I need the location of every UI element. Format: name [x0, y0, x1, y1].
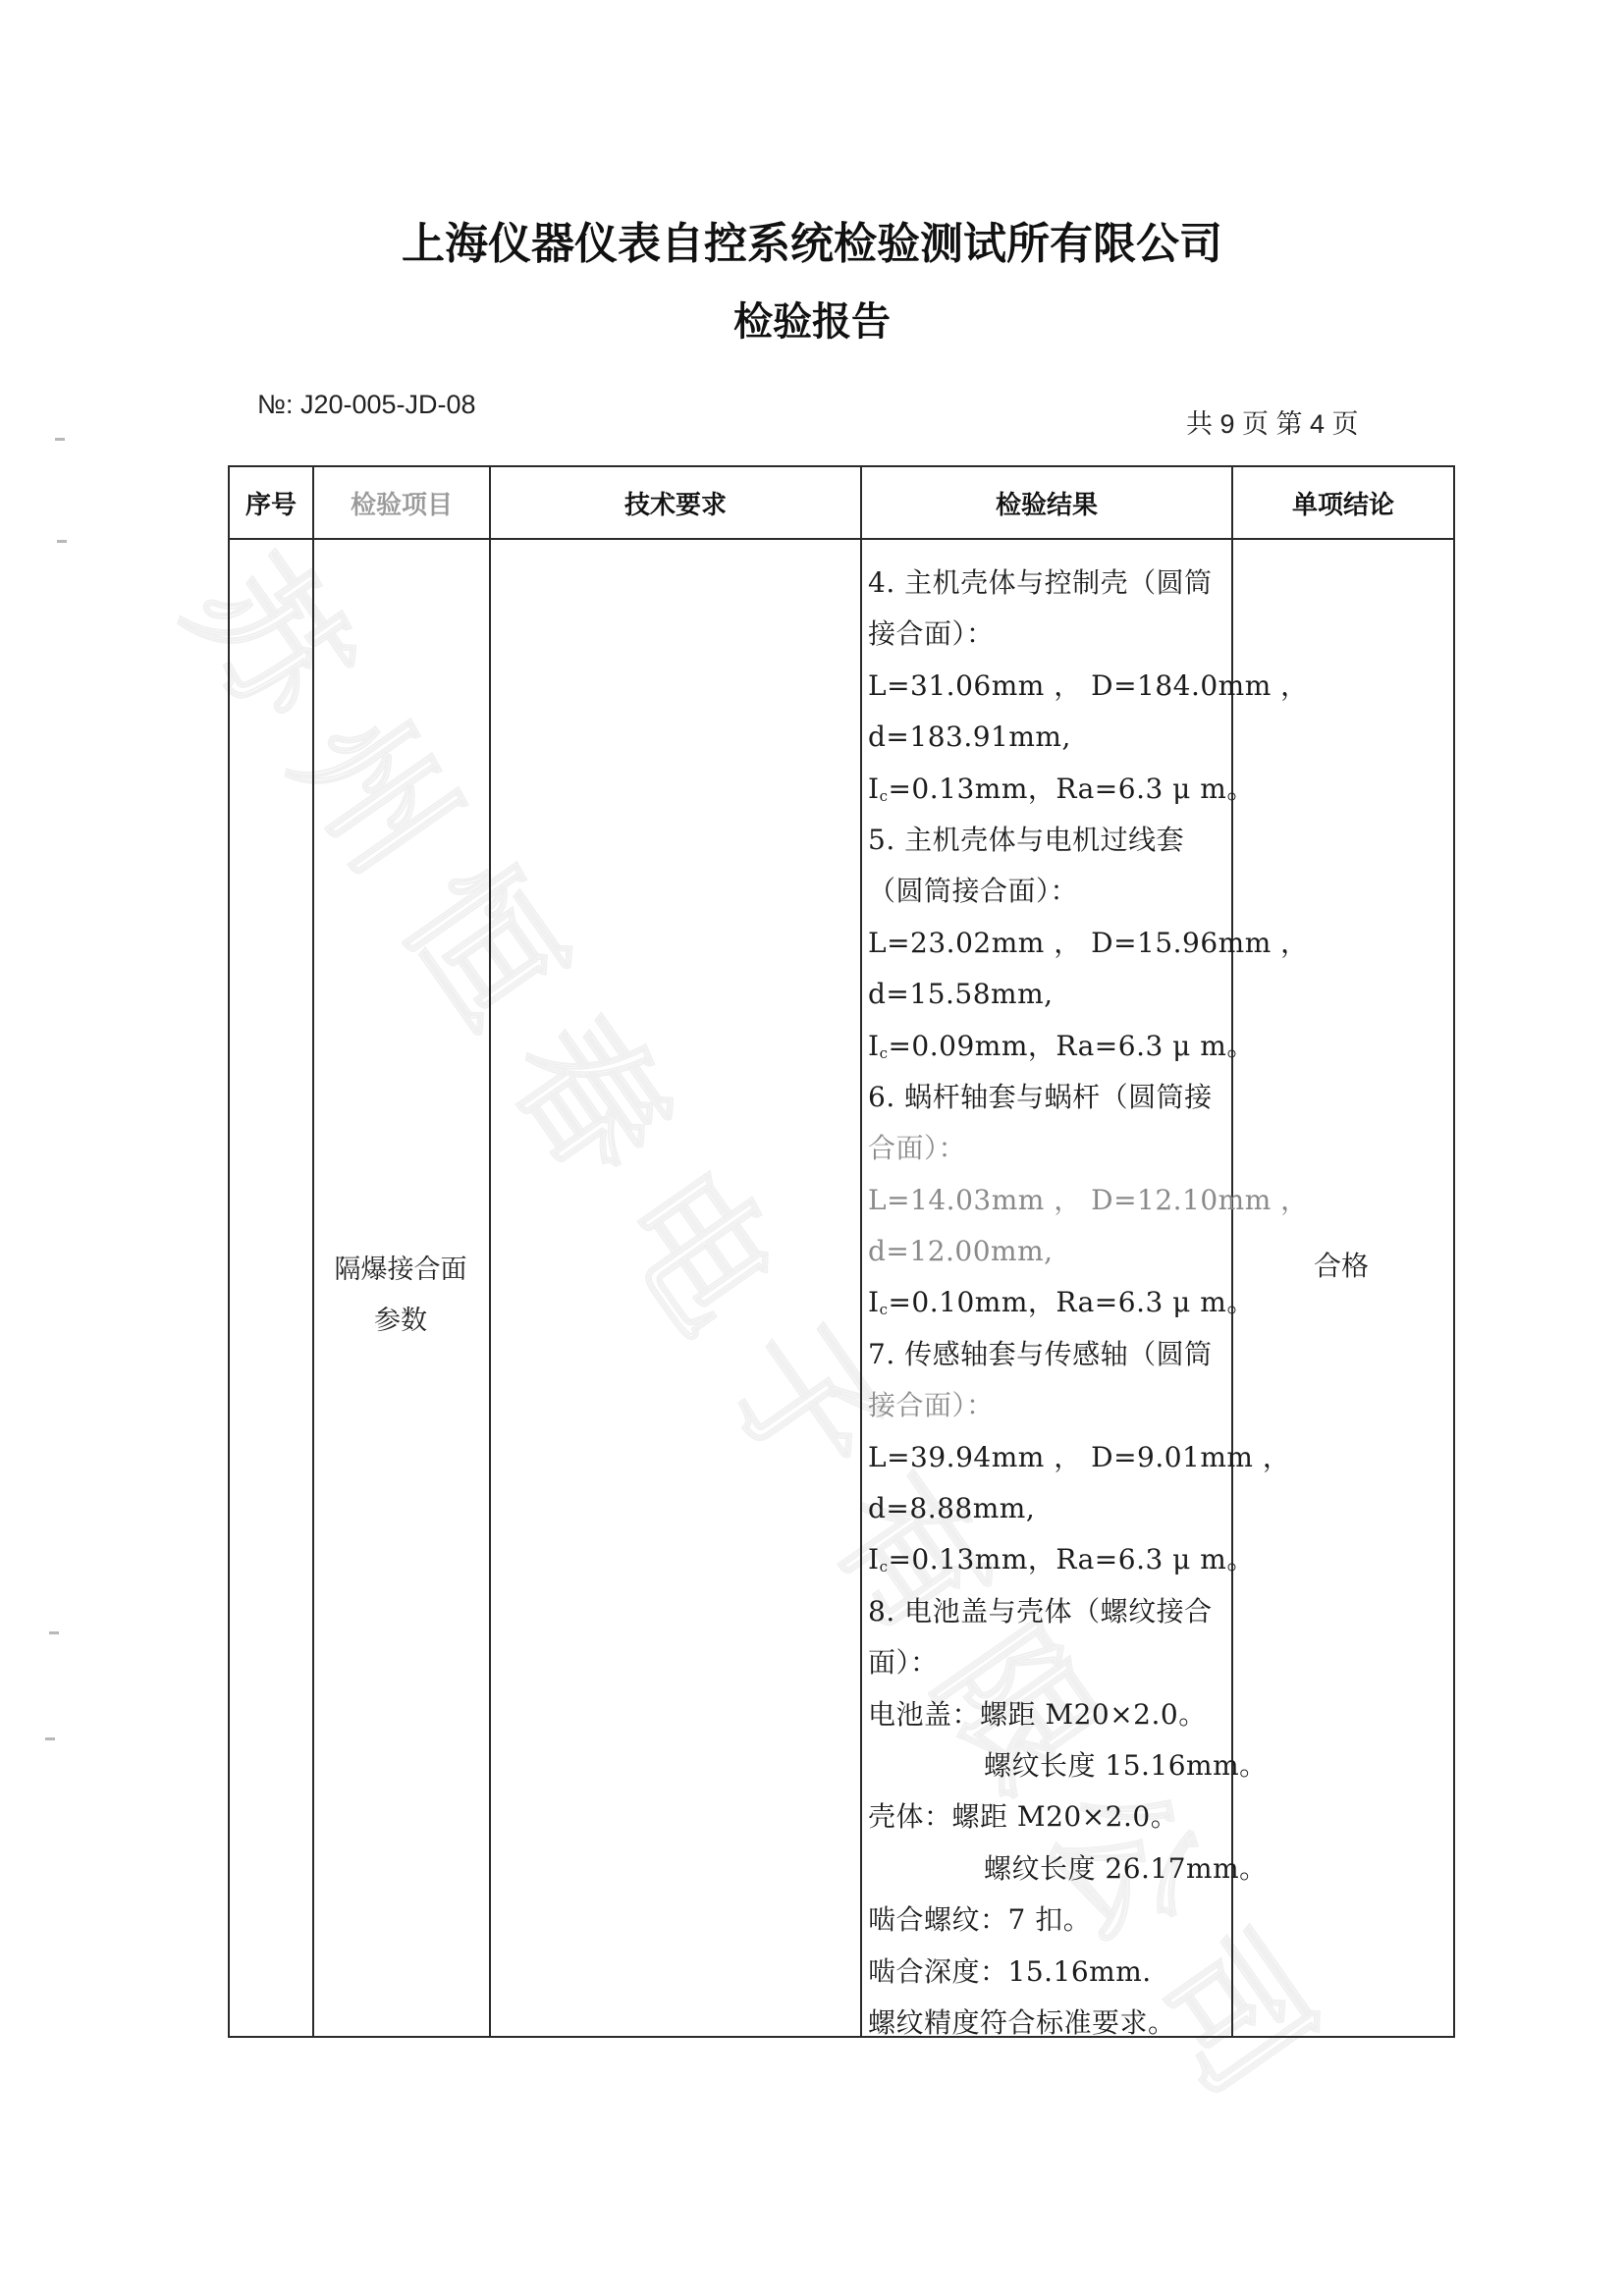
result-line: 螺纹长度 26.17mm。 [868, 1843, 1233, 1895]
result-text: （圆筒接合面）： [868, 875, 1078, 907]
result-line: 合面）： [868, 1123, 1233, 1174]
result-text: 6. 蜗杆轴套与蜗杆（圆筒接 [868, 1081, 1213, 1113]
result-line: d=8.88mm, [868, 1483, 1233, 1534]
result-text: L=31.06mm ， D=184.0mm ， [868, 669, 1309, 702]
col-border [228, 465, 230, 2038]
result-line: 接合面）： [868, 1380, 1233, 1431]
result-text: 螺纹长度 15.16mm。 [984, 1749, 1268, 1782]
result-line: 接合面）： [868, 609, 1233, 660]
result-line: Ic=0.09mm，Ra=6.3 μ m。 [868, 1021, 1233, 1072]
symbol-prefix: I [868, 773, 880, 805]
page-indicator: 共 9 页 第 4 页 [1186, 402, 1359, 441]
col-header-item: 检验项目 [314, 469, 489, 536]
result-line: 7. 传感轴套与传感轴（圆筒 [868, 1329, 1233, 1380]
result-text: d=12.00mm, [868, 1235, 1054, 1267]
result-line: 啮合深度：15.16mm. [868, 1947, 1233, 1998]
result-text: d=183.91mm, [868, 721, 1071, 753]
result-line: 啮合螺纹：7 扣。 [868, 1895, 1233, 1946]
inspection-item: 隔爆接合面 参数 [312, 1245, 489, 1347]
result-text: 接合面）： [868, 1389, 995, 1421]
symbol-prefix: I [868, 1030, 880, 1062]
result-text: 螺纹长度 26.17mm。 [984, 1852, 1268, 1885]
result-text: 螺纹精度符合标准要求。 [868, 2006, 1176, 2039]
col-header-result: 检验结果 [862, 469, 1231, 536]
result-line: L=39.94mm ， D=9.01mm ， [868, 1432, 1233, 1483]
result-text: =0.09mm，Ra=6.3 μ m。 [888, 1030, 1254, 1062]
header-bottom-border [228, 538, 1455, 540]
result-text: L=23.02mm ， D=15.96mm ， [868, 927, 1309, 959]
result-line: L=14.03mm ， D=12.10mm ， [868, 1175, 1233, 1226]
result-line: 5. 主机壳体与电机过线套 [868, 815, 1233, 866]
result-line: 4. 主机壳体与控制壳（圆筒 [868, 558, 1233, 609]
result-text: =0.13mm，Ra=6.3 μ m。 [888, 1543, 1254, 1575]
symbol-prefix: I [868, 1543, 880, 1575]
result-text: L=39.94mm ， D=9.01mm ， [868, 1441, 1290, 1473]
result-line: d=15.58mm, [868, 969, 1233, 1020]
result-line: Ic=0.13mm，Ra=6.3 μ m。 [868, 764, 1233, 815]
result-line: d=183.91mm, [868, 712, 1233, 763]
result-text: 合面）： [868, 1132, 966, 1164]
inspection-item-line: 隔爆接合面 [312, 1245, 489, 1296]
col-border [860, 465, 862, 2038]
result-text: d=15.58mm, [868, 978, 1054, 1010]
scan-mark [57, 540, 67, 543]
item-conclusion: 合格 [1229, 1245, 1453, 1284]
result-text: d=8.88mm, [868, 1492, 1035, 1524]
table-top-border [228, 465, 1455, 467]
col-border [1453, 465, 1455, 2038]
col-header-index: 序号 [230, 469, 312, 536]
result-text: L=14.03mm ， D=12.10mm ， [868, 1184, 1309, 1216]
result-line: L=23.02mm ， D=15.96mm ， [868, 918, 1233, 969]
col-border [489, 465, 491, 2038]
scan-mark [49, 1631, 59, 1634]
result-line: （圆筒接合面）： [868, 866, 1233, 917]
result-text: 8. 电池盖与壳体（螺纹接合 [868, 1595, 1213, 1628]
result-text: 5. 主机壳体与电机过线套 [868, 824, 1184, 856]
result-line: 电池盖：螺距 M20×2.0。 [868, 1689, 1233, 1740]
result-text: 7. 传感轴套与传感轴（圆筒 [868, 1338, 1213, 1370]
result-text: 啮合深度：15.16mm. [868, 1955, 1152, 1988]
result-line: 螺纹精度符合标准要求。 [868, 1998, 1233, 2049]
result-text: 电池盖：螺距 M20×2.0。 [868, 1698, 1207, 1731]
scan-mark [45, 1737, 55, 1740]
result-line: 面）： [868, 1637, 1233, 1688]
result-line: Ic=0.10mm，Ra=6.3 μ m。 [868, 1277, 1233, 1328]
result-line: L=31.06mm ， D=184.0mm ， [868, 661, 1233, 712]
inspection-results: 4. 主机壳体与控制壳（圆筒接合面）：L=31.06mm ， D=184.0mm… [868, 558, 1233, 2049]
result-line: 壳体：螺距 M20×2.0。 [868, 1791, 1233, 1842]
symbol-prefix: I [868, 1286, 880, 1318]
report-title: 检验报告 [0, 291, 1624, 347]
result-text: =0.10mm，Ra=6.3 μ m。 [888, 1286, 1254, 1318]
inspection-item-line: 参数 [312, 1296, 489, 1347]
result-text: 壳体：螺距 M20×2.0。 [868, 1800, 1178, 1833]
result-text: 啮合螺纹：7 扣。 [868, 1903, 1091, 1936]
table-bottom-border [228, 2036, 1455, 2038]
result-line: Ic=0.13mm，Ra=6.3 μ m。 [868, 1534, 1233, 1585]
scan-mark [55, 438, 65, 441]
result-text: 接合面）： [868, 617, 995, 650]
result-line: d=12.00mm, [868, 1226, 1233, 1277]
result-line: 8. 电池盖与壳体（螺纹接合 [868, 1586, 1233, 1637]
report-number: №: J20-005-JD-08 [257, 390, 476, 420]
result-text: 面）： [868, 1646, 939, 1679]
result-line: 螺纹长度 15.16mm。 [868, 1740, 1233, 1791]
result-text: =0.13mm，Ra=6.3 μ m。 [888, 773, 1254, 805]
company-name: 上海仪器仪表自控系统检验测试所有限公司 [0, 208, 1624, 271]
col-header-conclusion: 单项结论 [1233, 469, 1453, 536]
result-line: 6. 蜗杆轴套与蜗杆（圆筒接 [868, 1072, 1233, 1123]
result-text: 4. 主机壳体与控制壳（圆筒 [868, 566, 1213, 599]
col-header-requirement: 技术要求 [491, 469, 860, 536]
